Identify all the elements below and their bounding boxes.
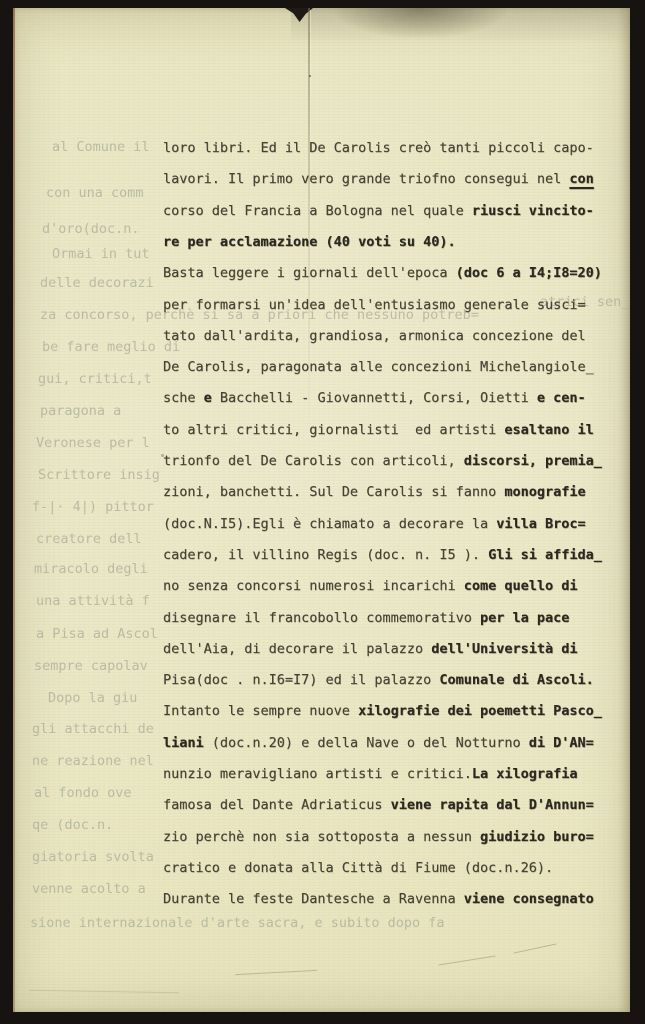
- typed-line: zio perchè non sia sottoposta a nessun g…: [163, 830, 594, 845]
- text-segment: lavori. Il primo vero grande triofno con…: [163, 171, 569, 187]
- typed-line: dell'Aia, di decorare il palazzo dell'Un…: [163, 642, 578, 657]
- typed-line: (doc.N.I5).Egli è chiamato a decorare la…: [163, 517, 586, 532]
- text-segment: Bacchelli - Giovannetti, Corsi, Oietti: [212, 390, 537, 406]
- bold-segment: riusci vincito-: [472, 203, 594, 219]
- text-segment: disegnare il francobollo commemorativo: [163, 610, 480, 626]
- typed-line: disegnare il francobollo commemorativo p…: [163, 611, 569, 626]
- bold-segment: viene consegnato: [464, 891, 594, 907]
- typed-text-layer: loro libri. Ed il De Carolis creò tanti …: [13, 8, 630, 1012]
- bold-segment: e cen-: [537, 390, 586, 406]
- typed-line: zioni, banchetti. Sul De Carolis si fann…: [163, 485, 586, 500]
- text-segment: (doc.n.20) e della Nave o del Notturno: [204, 735, 529, 751]
- typed-line: to altri critici, giornalisti ed artisti…: [163, 423, 594, 438]
- typed-line: tato dall'ardita, grandiosa, armonica co…: [163, 329, 586, 344]
- text-segment: (doc.N.I5).Egli è chiamato a decorare la: [163, 516, 496, 532]
- typed-line: Basta leggere i giornali dell'epoca (doc…: [163, 266, 602, 281]
- photo-frame: { "colors": { "paper": "#eae7c5", "photo…: [0, 0, 645, 1024]
- text-segment: sche: [163, 390, 204, 406]
- typed-line: Pisa(doc . n.I6=I7) ed il palazzo Comuna…: [163, 673, 594, 688]
- bold-segment: monografie: [504, 484, 585, 500]
- typed-line: Intanto le sempre nuove xilografie dei p…: [163, 704, 602, 719]
- document-page: al Comune ilcon una commd'oro(doc.n.Orma…: [13, 8, 630, 1012]
- bold-segment: liani: [163, 735, 204, 751]
- typed-line: corso del Francia a Bologna nel quale ri…: [163, 204, 594, 219]
- text-segment: dell'Aia, di decorare il palazzo: [163, 641, 431, 657]
- typed-line: De Carolis, paragonata alle concezioni M…: [163, 360, 594, 375]
- bold-segment: per la pace: [480, 610, 569, 626]
- text-segment: Durante le feste Dantesche a Ravenna: [163, 891, 464, 907]
- bold-segment: discorsi, premia_: [464, 453, 602, 469]
- text-segment: zioni, banchetti. Sul De Carolis si fann…: [163, 484, 504, 500]
- bold-segment: xilografie dei poemetti Pasco_: [358, 703, 602, 719]
- text-segment: Pisa(doc . n.I6=I7) ed il palazzo: [163, 672, 439, 688]
- text-segment: cadero, il villino Regis (doc. n. I5 ).: [163, 547, 488, 563]
- typed-line: no senza concorsi numerosi incarichi com…: [163, 579, 578, 594]
- bold-segment: di D'AN=: [529, 735, 594, 751]
- bold-segment: villa Broc=: [496, 516, 585, 532]
- typed-line: liani (doc.n.20) e della Nave o del Nott…: [163, 736, 594, 751]
- bold-segment: giudizio buro=: [480, 829, 594, 845]
- bold-segment: come quello di: [464, 578, 578, 594]
- text-segment: cratico e donata alla Città di Fiume (do…: [163, 860, 553, 876]
- text-segment: De Carolis, paragonata alle concezioni M…: [163, 359, 594, 375]
- typed-line: loro libri. Ed il De Carolis creò tanti …: [163, 141, 594, 156]
- typed-line: cadero, il villino Regis (doc. n. I5 ). …: [163, 548, 602, 563]
- typed-line: Durante le feste Dantesche a Ravenna vie…: [163, 892, 594, 907]
- typed-line: sche e Bacchelli - Giovannetti, Corsi, O…: [163, 391, 586, 406]
- bold-segment: (doc 6 a I4;I8=20): [456, 265, 602, 281]
- text-segment: trionfo del De Carolis con articoli,: [163, 453, 464, 469]
- text-segment: per formarsi un'idea dell'entusiasmo gen…: [163, 297, 586, 313]
- text-segment: to altri critici, giornalisti ed artisti: [163, 422, 504, 438]
- bold-segment: Comunale di Ascoli.: [439, 672, 593, 688]
- text-segment: Intanto le sempre nuove: [163, 703, 358, 719]
- typed-line: re per acclamazione (40 voti su 40).: [163, 235, 456, 250]
- text-segment: no senza concorsi numerosi incarichi: [163, 578, 464, 594]
- underlined-word: con: [569, 171, 593, 187]
- text-segment: corso del Francia a Bologna nel quale: [163, 203, 472, 219]
- typed-line: per formarsi un'idea dell'entusiasmo gen…: [163, 298, 586, 313]
- text-segment: loro libri. Ed il De Carolis creò tanti …: [163, 140, 594, 156]
- bold-segment: Gli si affida_: [488, 547, 602, 563]
- text-segment: nunzio meravigliano artisti e critici.: [163, 766, 472, 782]
- text-segment: Basta leggere i giornali dell'epoca: [163, 265, 456, 281]
- bold-segment: re per acclamazione (40 voti su 40).: [163, 234, 456, 250]
- bold-segment: viene rapita dal D'Annun=: [391, 797, 594, 813]
- bold-segment: dell'Università di: [431, 641, 577, 657]
- text-segment: tato dall'ardita, grandiosa, armonica co…: [163, 328, 586, 344]
- typed-line: trionfo del De Carolis con articoli, dis…: [163, 454, 602, 469]
- bold-segment: La xilografia: [472, 766, 578, 782]
- bold-segment: esaltano il: [504, 422, 593, 438]
- typed-line: nunzio meravigliano artisti e critici.La…: [163, 767, 578, 782]
- typed-line: famosa del Dante Adriaticus viene rapita…: [163, 798, 594, 813]
- text-segment: famosa del Dante Adriaticus: [163, 797, 391, 813]
- typed-line: lavori. Il primo vero grande triofno con…: [163, 172, 594, 187]
- typed-line: cratico e donata alla Città di Fiume (do…: [163, 861, 553, 876]
- bold-segment: e: [204, 390, 212, 406]
- text-segment: zio perchè non sia sottoposta a nessun: [163, 829, 480, 845]
